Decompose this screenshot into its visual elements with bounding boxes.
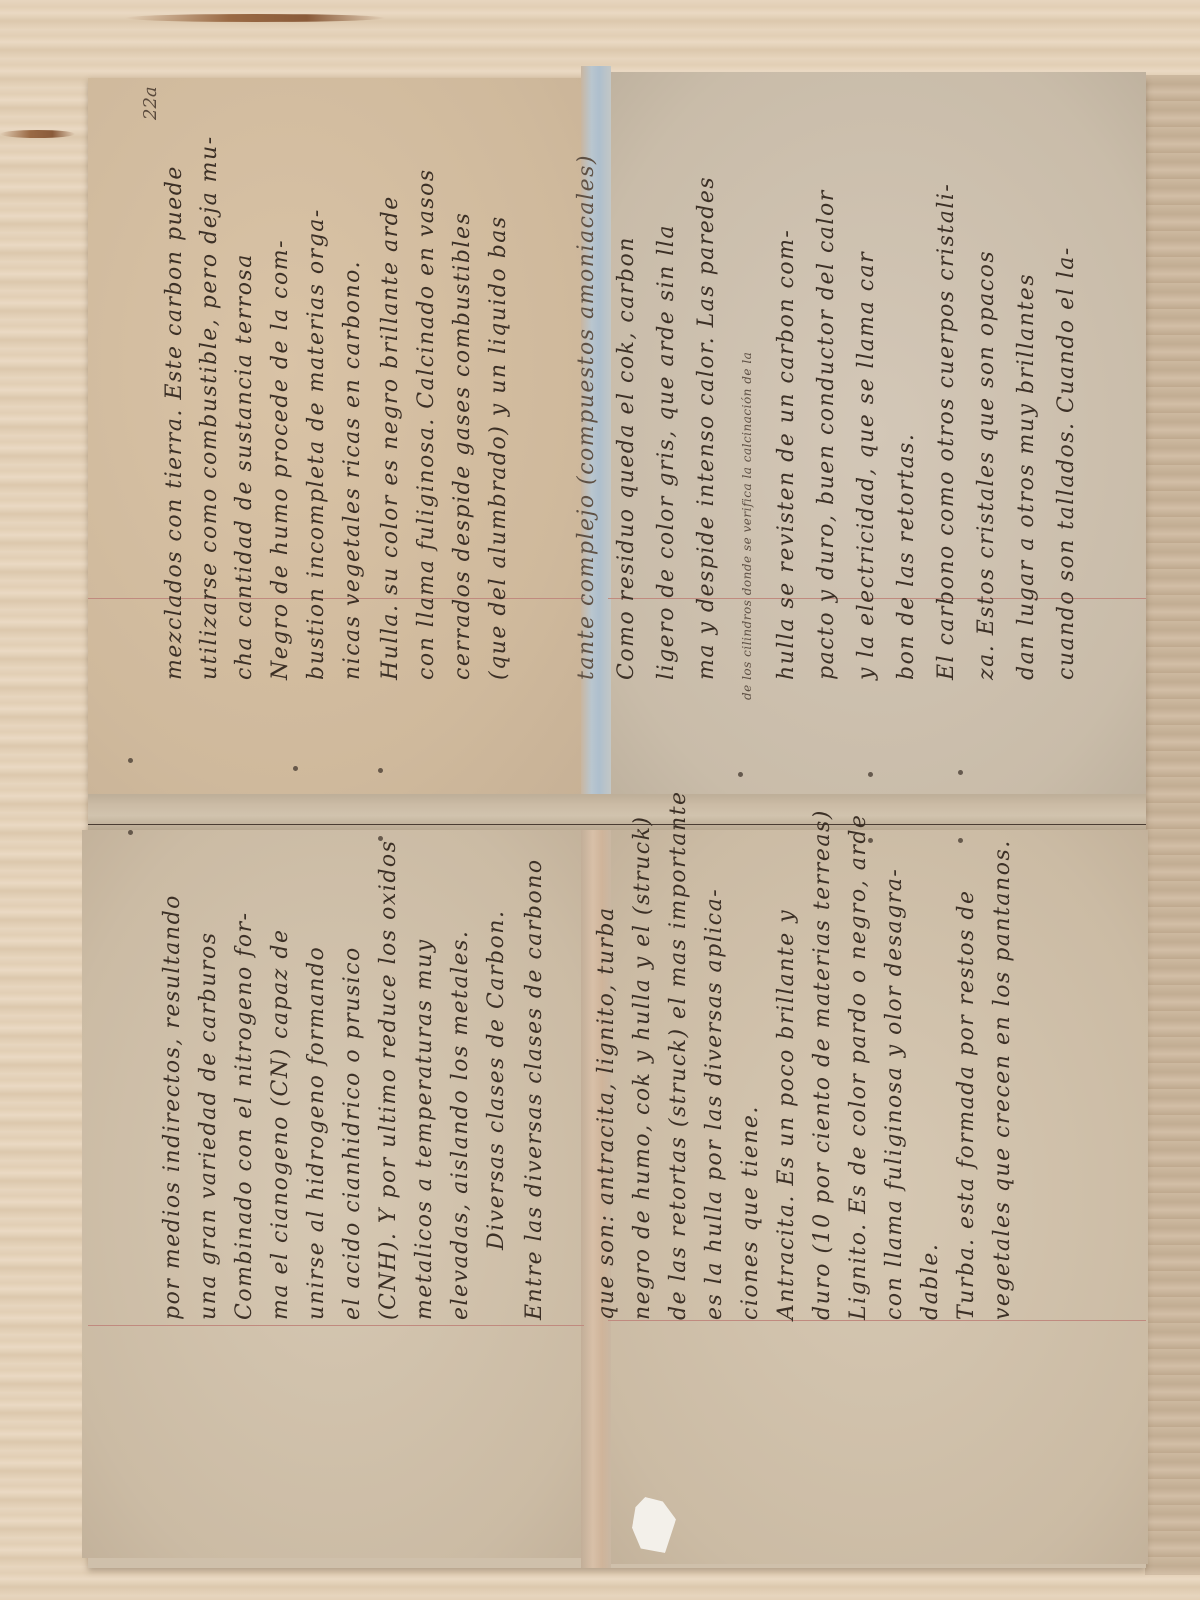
text-line: por medios indirectos, resultando xyxy=(160,894,185,1320)
text-line: con llama fuliginosa y olor desagra- xyxy=(882,868,907,1320)
text-line: (que del alumbrado) y un liquido bas xyxy=(486,215,511,680)
text-line: El carbono como otros cuerpos cristali- xyxy=(934,183,959,680)
text-line: hulla se revisten de un carbon com- xyxy=(774,229,799,680)
panel-lower-left xyxy=(82,830,586,1558)
text-line: una gran variedad de carburos xyxy=(196,931,221,1320)
text-line: Como residuo queda el cok, carbon xyxy=(614,236,639,680)
wood-grain-knot xyxy=(125,14,385,22)
pin-hole xyxy=(958,770,963,775)
text-line: cha cantidad de sustancia terrosa xyxy=(232,253,257,680)
text-line: Negro de humo procede de la com- xyxy=(268,239,293,680)
text-line: pacto y duro, buen conductor del calor xyxy=(814,189,839,680)
text-line: bon de las retortas. xyxy=(894,433,919,680)
text-line: tante complejo (compuestos amoniacales) xyxy=(574,154,599,680)
text-line: utilizarse como combustible, pero deja m… xyxy=(197,135,222,680)
table-edge xyxy=(1145,75,1200,1575)
margin-rule-lower-left xyxy=(88,1325,584,1326)
text-line: negro de humo, cok y hulla y el (struck) xyxy=(630,816,655,1321)
text-line: Hulla. su color es negro brillante arde xyxy=(378,195,403,680)
text-line: Lignito. Es de color pardo o negro, arde xyxy=(846,814,871,1320)
text-line: cerrados despide gases combustibles xyxy=(450,212,475,680)
text-line: cuando son tallados. Cuando el la- xyxy=(1054,246,1079,680)
text-line: dan lugar a otros muy brillantes xyxy=(1014,273,1039,680)
text-line: metalicos a temperaturas muy xyxy=(412,938,437,1320)
page-number: 22a xyxy=(140,86,161,120)
text-line: el acido cianhidrico o prusico xyxy=(340,946,365,1320)
pin-hole xyxy=(958,838,963,843)
pin-hole xyxy=(868,772,873,777)
margin-rule-lower-right xyxy=(608,1320,1146,1321)
text-line: vegetales que crecen en los pantanos. xyxy=(990,839,1015,1320)
margin-note: de los cilindros donde se verifica la ca… xyxy=(740,352,754,700)
text-line: (CNH). Y por ultimo reduce los oxidos xyxy=(376,840,401,1320)
text-line: que son: antracita, lignito, turba xyxy=(594,906,619,1320)
text-line: bustion incompleta de materias orga- xyxy=(304,208,329,680)
text-line: ma el cianogeno (CN) capaz de xyxy=(268,929,293,1320)
text-line: Combinado con el nitrogeno for- xyxy=(232,911,257,1320)
text-line: ligero de color gris, que arde sin lla xyxy=(654,224,679,680)
pin-hole xyxy=(128,758,133,763)
ruled-line xyxy=(88,824,1146,825)
text-line: Turba. esta formada por restos de xyxy=(954,889,979,1320)
text-line: ciones que tiene. xyxy=(738,1105,763,1320)
text-line: unirse al hidrogeno formando xyxy=(304,946,329,1320)
pin-hole xyxy=(738,772,743,777)
text-line: dable. xyxy=(918,1243,943,1320)
text-line: elevadas, aislando los metales. xyxy=(448,930,473,1320)
text-line: mezclados con tierra. Este carbon puede xyxy=(162,165,187,680)
text-line: con llama fuliginosa. Calcinado en vasos xyxy=(414,168,439,680)
text-line: Entre las diversas clases de carbono xyxy=(522,858,547,1320)
text-line: nicas vegetales ricas en carbono. xyxy=(340,260,365,680)
section-heading: Diversas clases de Carbon. xyxy=(484,910,509,1250)
text-line: ma y despide intenso calor. Las paredes xyxy=(694,176,719,680)
pin-hole xyxy=(293,766,298,771)
text-line: Antracita. Es un poco brillante y xyxy=(774,909,799,1320)
text-line: y la electricidad, que se llama car xyxy=(854,251,879,680)
struck-text-line: de las retortas (struck) el mas importan… xyxy=(666,790,691,1320)
text-line: duro (10 por ciento de materias terreas) xyxy=(810,809,835,1320)
wood-grain-knot xyxy=(0,130,75,138)
pin-hole xyxy=(378,768,383,773)
text-line: za. Estos cristales que son opacos xyxy=(974,250,999,680)
text-line: es la hulla por las diversas aplica- xyxy=(702,888,727,1320)
pin-hole xyxy=(128,830,133,835)
